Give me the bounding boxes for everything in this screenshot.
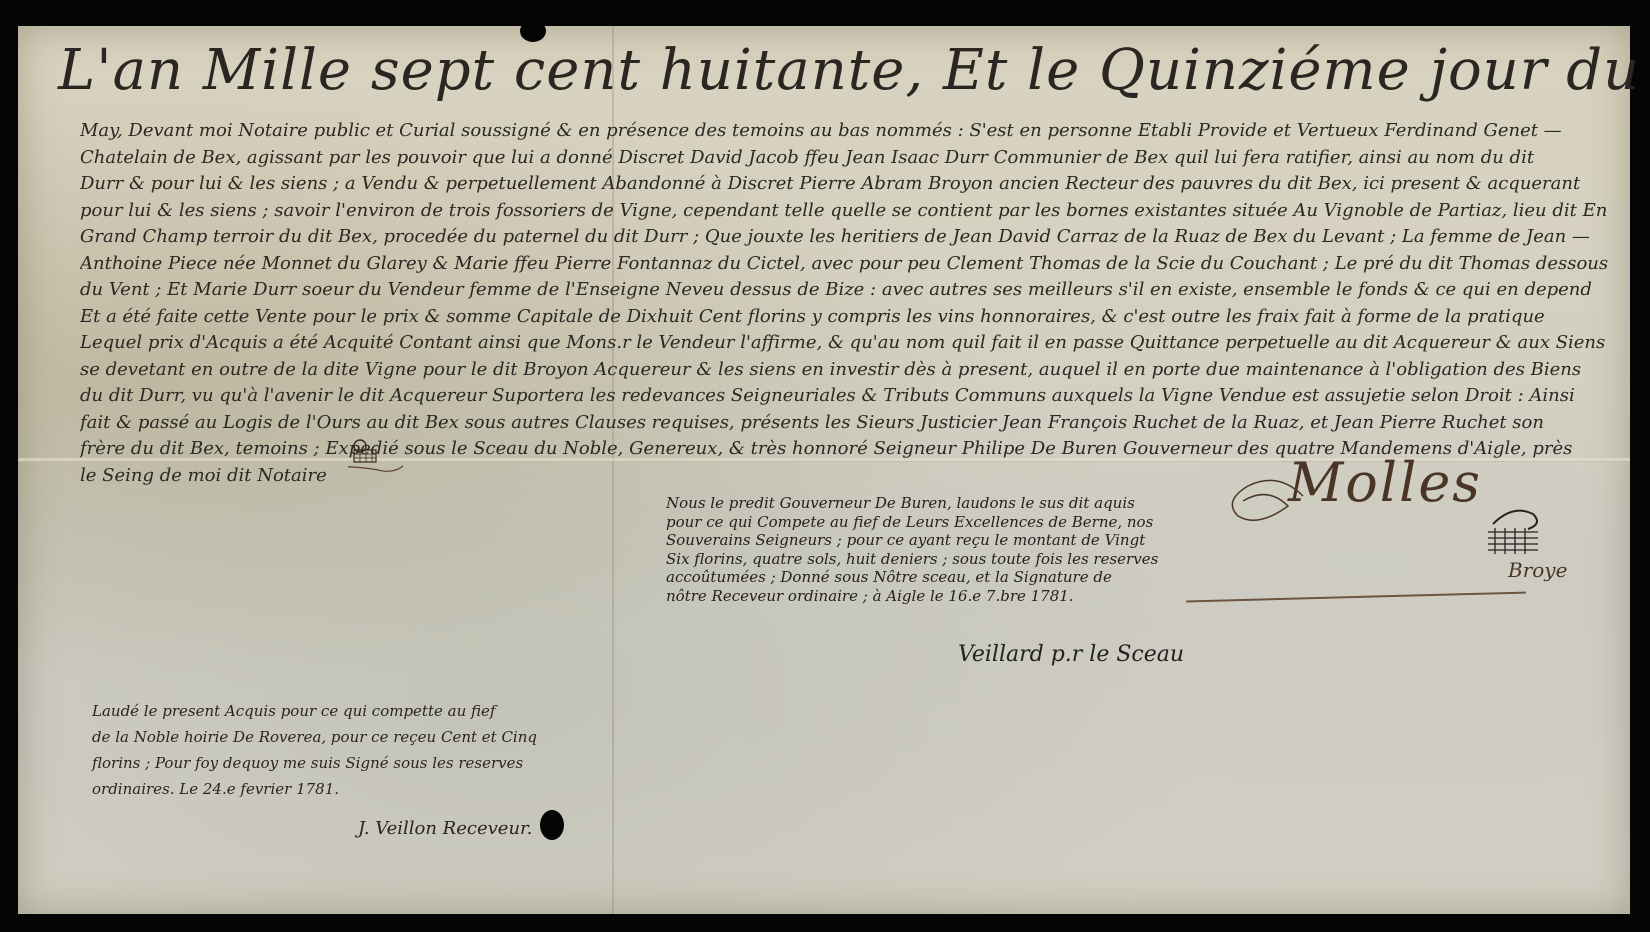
signature-underline xyxy=(1186,592,1526,603)
body-line-4: pour lui & les siens ; savoir l'environ … xyxy=(80,198,1610,225)
gov-line-4: Six florins, quatre sols, huit deniers ;… xyxy=(666,550,1196,569)
body-line-10: se devetant en outre de la dite Vigne po… xyxy=(80,357,1610,384)
body-line-11: du dit Durr, vu qu'à l'avenir le dit Acq… xyxy=(80,383,1610,410)
signature-flourish-icon xyxy=(1218,466,1308,536)
laud-endorsement: Laudé le present Acquis pour ce qui comp… xyxy=(92,698,592,802)
notary-mark-flourish-icon xyxy=(348,436,418,476)
body-line-3: Durr & pour lui & les siens ; a Vendu & … xyxy=(80,171,1610,198)
signature-paraph-icon xyxy=(1483,504,1553,564)
body-line-8: Et a été faite cette Vente pour le prix … xyxy=(80,304,1610,331)
body-line-9: Lequel prix d'Acquis a été Acquité Conta… xyxy=(80,330,1610,357)
body-line-5: Grand Champ terroir du dit Bex, procedée… xyxy=(80,224,1610,251)
body-line-12: fait & passé au Logis de l'Ours au dit B… xyxy=(80,410,1610,437)
gov-line-5: accoûtumées ; Donné sous Nôtre sceau, et… xyxy=(666,568,1196,587)
notary-signature: Molles xyxy=(1288,451,1482,514)
body-line-6: Anthoine Piece née Monnet du Glarey & Ma… xyxy=(80,251,1610,278)
document-title-line: L'an Mille sept cent huitante, Et le Qui… xyxy=(58,38,1650,103)
parchment-document: L'an Mille sept cent huitante, Et le Qui… xyxy=(18,26,1630,914)
laud-line-1: Laudé le present Acquis pour ce qui comp… xyxy=(92,698,592,724)
body-line-2: Chatelain de Bex, agissant par les pouvo… xyxy=(80,145,1610,172)
gov-line-2: pour ce qui Compete au fief de Leurs Exc… xyxy=(666,513,1196,532)
gov-line-3: Souverains Seigneurs ; pour ce ayant reç… xyxy=(666,531,1196,550)
body-line-7: du Vent ; Et Marie Durr soeur du Vendeur… xyxy=(80,277,1610,304)
gov-line-1: Nous le predit Gouverneur De Buren, laud… xyxy=(666,494,1196,513)
body-line-1: May, Devant moi Notaire public et Curial… xyxy=(80,118,1610,145)
laud-line-4: ordinaires. Le 24.e fevrier 1781. xyxy=(92,776,592,802)
gov-line-6: nôtre Receveur ordinaire ; à Aigle le 16… xyxy=(666,587,1196,606)
governor-endorsement: Nous le predit Gouverneur De Buren, laud… xyxy=(666,494,1196,605)
laud-line-3: florins ; Pour foy dequoy me suis Signé … xyxy=(92,750,592,776)
notary-signature-suffix: Broye xyxy=(1508,558,1567,582)
laud-receiver-signature: J. Veillon Receveur. xyxy=(358,818,532,839)
governor-receiver-signature: Veillard p.r le Sceau xyxy=(958,642,1184,667)
parchment-tear-top xyxy=(520,20,546,42)
parchment-tear-bottom xyxy=(540,810,564,840)
laud-line-2: de la Noble hoirie De Roverea, pour ce r… xyxy=(92,724,592,750)
deed-body-text: May, Devant moi Notaire public et Curial… xyxy=(80,118,1610,489)
